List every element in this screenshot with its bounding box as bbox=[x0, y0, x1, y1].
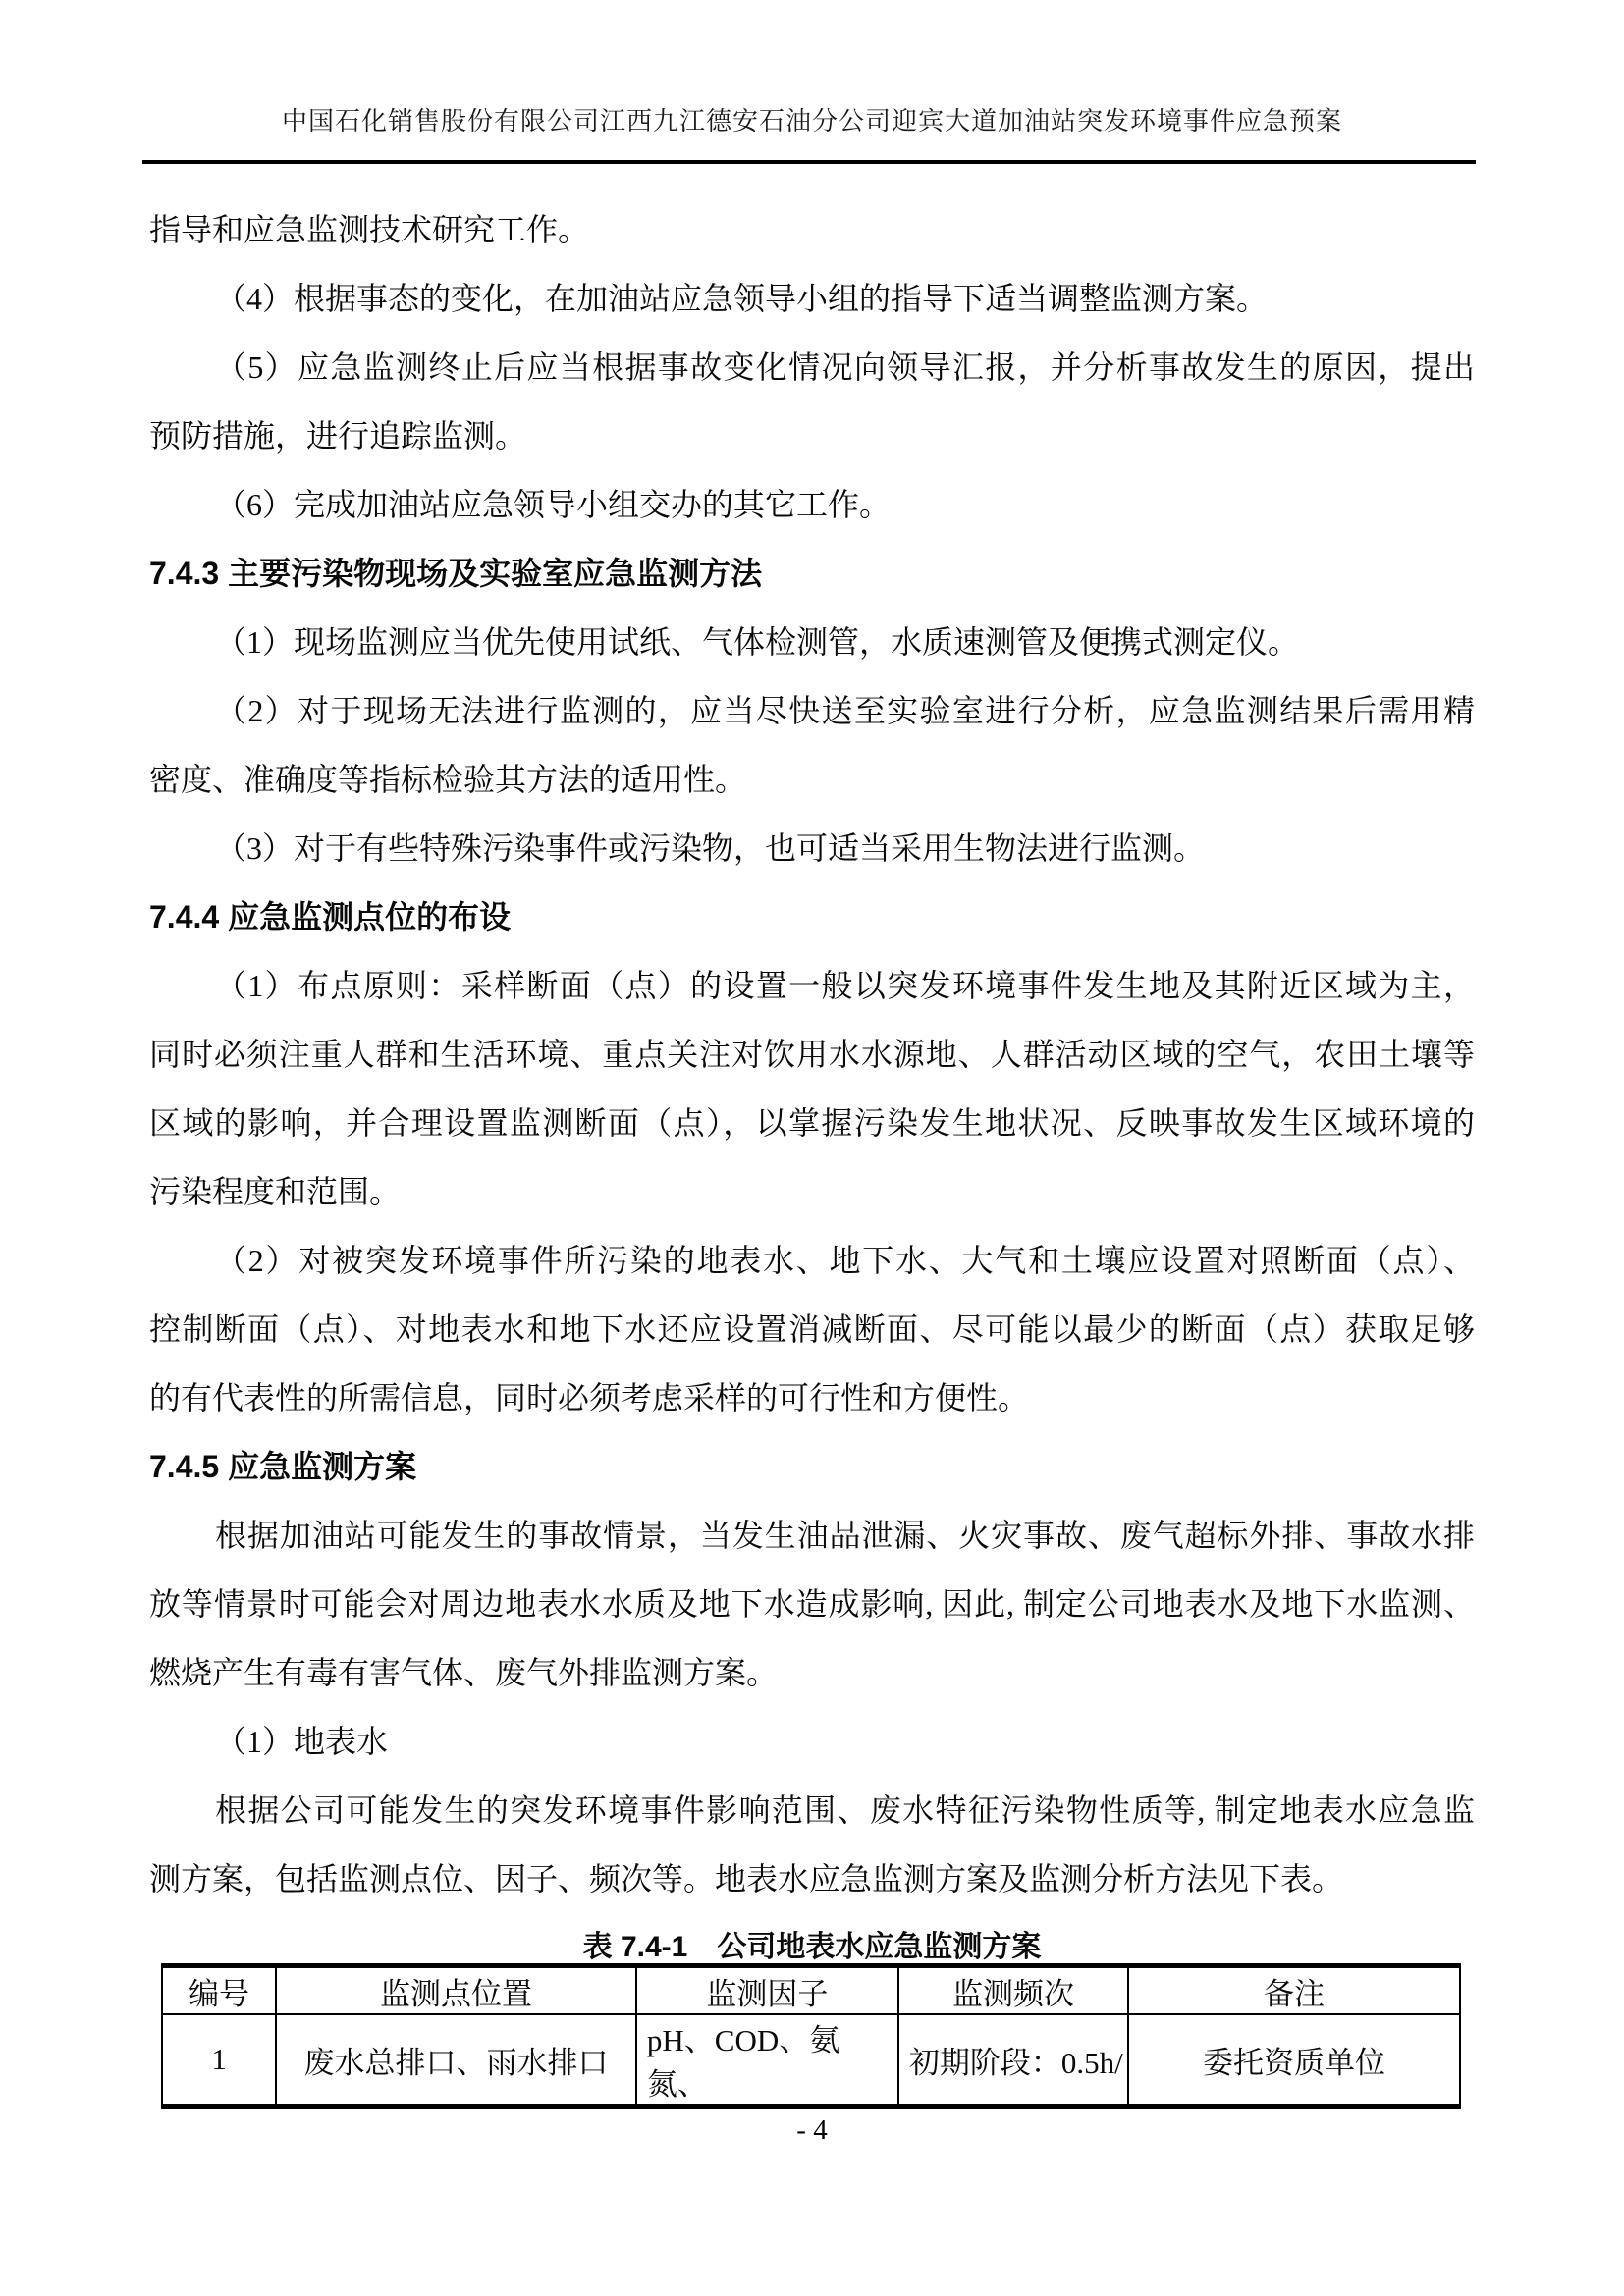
document-header-title: 中国石化销售股份有限公司江西九江德安石油分公司迎宾大道加油站突发环境事件应急预案 bbox=[0, 102, 1624, 141]
text-line: 同时必须注重人群和生活环境、重点关注对饮用水水源地、人群活动区域的空气，农田土壤… bbox=[149, 1020, 1475, 1089]
table-cell: 初期阶段：0.5h/ bbox=[898, 2014, 1128, 2107]
page-number: - 4 bbox=[796, 2114, 827, 2146]
header-rule bbox=[142, 160, 1476, 164]
text-line: 区域的影响，并合理设置监测断面（点），以掌握污染发生地状况、反映事故发生区域环境… bbox=[149, 1089, 1475, 1157]
document-page: 中国石化销售股份有限公司江西九江德安石油分公司迎宾大道加油站突发环境事件应急预案… bbox=[0, 0, 1624, 2296]
text-line: 污染程度和范围。 bbox=[149, 1157, 1475, 1226]
table-column-header: 备注 bbox=[1128, 1966, 1460, 2015]
text-line: （5）应急监测终止后应当根据事故变化情况向领导汇报，并分析事故发生的原因，提出 bbox=[149, 333, 1475, 401]
table-column-header: 监测点位置 bbox=[276, 1966, 636, 2015]
text-line: 密度、准确度等指标检验其方法的适用性。 bbox=[149, 745, 1475, 814]
text-line: （4）根据事态的变化，在加油站应急领导小组的指导下适当调整监测方案。 bbox=[149, 264, 1475, 333]
text-line: （1）布点原则：采样断面（点）的设置一般以突发环境事件发生地及其附近区域为主， bbox=[149, 951, 1475, 1020]
table-header-row: 编号监测点位置监测因子监测频次备注 bbox=[162, 1966, 1460, 2015]
text-line: （3）对于有些特殊污染事件或污染物，也可适当采用生物法进行监测。 bbox=[149, 814, 1475, 882]
text-line: 预防措施，进行追踪监测。 bbox=[149, 401, 1475, 470]
surface-water-monitoring-table-wrap: 编号监测点位置监测因子监测频次备注 1废水总排口、雨水排口pH、COD、氨氮、初… bbox=[161, 1963, 1461, 2109]
table-row: 1废水总排口、雨水排口pH、COD、氨氮、初期阶段：0.5h/委托资质单位 bbox=[162, 2014, 1460, 2107]
surface-water-monitoring-table: 编号监测点位置监测因子监测频次备注 1废水总排口、雨水排口pH、COD、氨氮、初… bbox=[161, 1963, 1461, 2109]
table-column-header: 监测频次 bbox=[898, 1966, 1128, 2015]
text-line: （2）对被突发环境事件所污染的地表水、地下水、大气和土壤应设置对照断面（点）、 bbox=[149, 1226, 1475, 1295]
text-line: （1）地表水 bbox=[149, 1707, 1475, 1776]
text-line: 燃烧产生有毒有害气体、废气外排监测方案。 bbox=[149, 1638, 1475, 1707]
table-cell: 1 bbox=[162, 2014, 276, 2107]
section-heading: 7.4.3 主要污染物现场及实验室应急监测方法 bbox=[149, 539, 1475, 608]
page-footer: - 4 bbox=[0, 2110, 1624, 2150]
section-heading: 7.4.5 应急监测方案 bbox=[149, 1432, 1475, 1501]
text-line: （6）完成加油站应急领导小组交办的其它工作。 bbox=[149, 470, 1475, 539]
table-cell: 废水总排口、雨水排口 bbox=[276, 2014, 636, 2107]
text-line: 放等情景时可能会对周边地表水水质及地下水造成影响, 因此, 制定公司地表水及地下… bbox=[149, 1570, 1475, 1638]
table-cell: 委托资质单位 bbox=[1128, 2014, 1460, 2107]
document-body: 指导和应急监测技术研究工作。（4）根据事态的变化，在加油站应急领导小组的指导下适… bbox=[149, 195, 1475, 1982]
section-heading: 7.4.4 应急监测点位的布设 bbox=[149, 882, 1475, 951]
text-line: 根据公司可能发生的突发环境事件影响范围、废水特征污染物性质等, 制定地表水应急监 bbox=[149, 1776, 1475, 1844]
text-line: 根据加油站可能发生的事故情景，当发生油品泄漏、火灾事故、废气超标外排、事故水排 bbox=[149, 1501, 1475, 1570]
table-column-header: 监测因子 bbox=[636, 1966, 898, 2015]
text-line: 测方案，包括监测点位、因子、频次等。地表水应急监测方案及监测分析方法见下表。 bbox=[149, 1844, 1475, 1913]
text-line: 的有代表性的所需信息，同时必须考虑采样的可行性和方便性。 bbox=[149, 1363, 1475, 1432]
text-line: （2）对于现场无法进行监测的，应当尽快送至实验室进行分析，应急监测结果后需用精 bbox=[149, 676, 1475, 745]
table-cell: pH、COD、氨氮、 bbox=[636, 2014, 898, 2107]
text-line: 指导和应急监测技术研究工作。 bbox=[149, 195, 1475, 264]
table-column-header: 编号 bbox=[162, 1966, 276, 2015]
text-line: （1）现场监测应当优先使用试纸、气体检测管，水质速测管及便携式测定仪。 bbox=[149, 608, 1475, 676]
text-line: 控制断面（点）、对地表水和地下水还应设置消减断面、尽可能以最少的断面（点）获取足… bbox=[149, 1295, 1475, 1363]
